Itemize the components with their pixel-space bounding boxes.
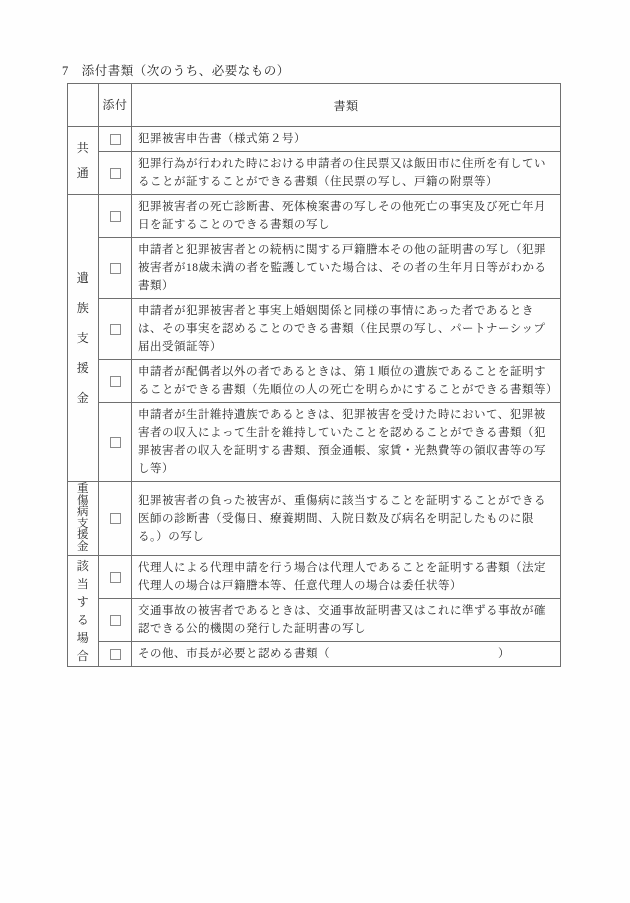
header-group-cell xyxy=(68,84,99,127)
attach-checkbox-cell xyxy=(99,127,132,152)
table-row: 申請者が生計維持遺族であるときは、犯罪被害を受けた時において、犯罪被害者の収入に… xyxy=(68,403,561,482)
attach-checkbox-cell xyxy=(99,360,132,403)
table-row: その他、市長が必要と認める書類（ ） xyxy=(68,642,561,667)
document-description: 犯罪被害者の死亡診断書、死体検案書の写しその他死亡の事実及び死亡年月日を証するこ… xyxy=(132,195,561,238)
checkbox-icon xyxy=(110,615,121,626)
attach-checkbox-cell xyxy=(99,195,132,238)
attach-checkbox-cell xyxy=(99,299,132,360)
checkbox-icon xyxy=(110,263,121,274)
table-row: 申請者と犯罪被害者との続柄に関する戸籍謄本その他の証明書の写し（犯罪被害者が18… xyxy=(68,238,561,299)
header-documents-cell: 書類 xyxy=(132,84,561,127)
checkbox-icon xyxy=(110,513,121,524)
section-title: 7 添付書類（次のうち、必要なもの） xyxy=(62,61,290,79)
table-row: 重傷病支援金犯罪被害者の負った被害が、重傷病に該当することを証明することができる… xyxy=(68,482,561,556)
checkbox-icon xyxy=(110,168,121,179)
table-row: 犯罪行為が行われた時における申請者の住民票又は飯田市に住所を有していることが証す… xyxy=(68,152,561,195)
checkbox-icon xyxy=(110,649,121,660)
table-header-row: 添付 書類 xyxy=(68,84,561,127)
group-label-cell: 重傷病支援金 xyxy=(68,482,99,556)
attach-checkbox-cell xyxy=(99,599,132,642)
group-label-cell: 共通 xyxy=(68,127,99,195)
group-label-cell: 該当する場合 xyxy=(68,556,99,667)
table-row: 遺族支援金犯罪被害者の死亡診断書、死体検案書の写しその他死亡の事実及び死亡年月日… xyxy=(68,195,561,238)
attach-checkbox-cell xyxy=(99,238,132,299)
document-page: 7 添付書類（次のうち、必要なもの） 添付 書類 共通犯罪被害申告書（様式第２号… xyxy=(0,0,630,903)
document-description: 申請者が犯罪被害者と事実上婚姻関係と同様の事情にあった者であるときは、その事実を… xyxy=(132,299,561,360)
attach-checkbox-cell xyxy=(99,556,132,599)
group-label: 遺族支援金 xyxy=(68,272,98,405)
table-row: 申請者が配偶者以外の者であるときは、第１順位の遺族であることを証明することができ… xyxy=(68,360,561,403)
checkbox-icon xyxy=(110,437,121,448)
document-description: 代理人による代理申請を行う場合は代理人であることを証明する書類（法定代理人の場合… xyxy=(132,556,561,599)
attach-checkbox-cell xyxy=(99,482,132,556)
checkbox-icon xyxy=(110,211,121,222)
attach-checkbox-cell xyxy=(99,642,132,667)
attached-documents-table: 添付 書類 共通犯罪被害申告書（様式第２号）犯罪行為が行われた時における申請者の… xyxy=(67,83,561,667)
group-label: 該当する場合 xyxy=(68,560,98,663)
checkbox-icon xyxy=(110,134,121,145)
table-row: 共通犯罪被害申告書（様式第２号） xyxy=(68,127,561,152)
header-attach-cell: 添付 xyxy=(99,84,132,127)
table-row: 申請者が犯罪被害者と事実上婚姻関係と同様の事情にあった者であるときは、その事実を… xyxy=(68,299,561,360)
document-description: 申請者が配偶者以外の者であるときは、第１順位の遺族であることを証明することができ… xyxy=(132,360,561,403)
group-label: 共通 xyxy=(68,142,98,180)
checkbox-icon xyxy=(110,376,121,387)
documents-table-body: 共通犯罪被害申告書（様式第２号）犯罪行為が行われた時における申請者の住民票又は飯… xyxy=(68,127,561,667)
table-row: 交通事故の被害者であるときは、交通事故証明書又はこれに準ずる事故が確認できる公的… xyxy=(68,599,561,642)
attach-checkbox-cell xyxy=(99,152,132,195)
document-description: 申請者と犯罪被害者との続柄に関する戸籍謄本その他の証明書の写し（犯罪被害者が18… xyxy=(132,238,561,299)
table-row: 該当する場合代理人による代理申請を行う場合は代理人であることを証明する書類（法定… xyxy=(68,556,561,599)
document-description: 犯罪被害者の負った被害が、重傷病に該当することを証明することができる医師の診断書… xyxy=(132,482,561,556)
document-description: 申請者が生計維持遺族であるときは、犯罪被害を受けた時において、犯罪被害者の収入に… xyxy=(132,403,561,482)
group-label: 重傷病支援金 xyxy=(68,484,98,553)
checkbox-icon xyxy=(110,324,121,335)
document-description: 交通事故の被害者であるときは、交通事故証明書又はこれに準ずる事故が確認できる公的… xyxy=(132,599,561,642)
group-label-cell: 遺族支援金 xyxy=(68,195,99,482)
checkbox-icon xyxy=(110,572,121,583)
document-description: 犯罪行為が行われた時における申請者の住民票又は飯田市に住所を有していることが証す… xyxy=(132,152,561,195)
attach-checkbox-cell xyxy=(99,403,132,482)
document-description: その他、市長が必要と認める書類（ ） xyxy=(132,642,561,667)
document-description: 犯罪被害申告書（様式第２号） xyxy=(132,127,561,152)
